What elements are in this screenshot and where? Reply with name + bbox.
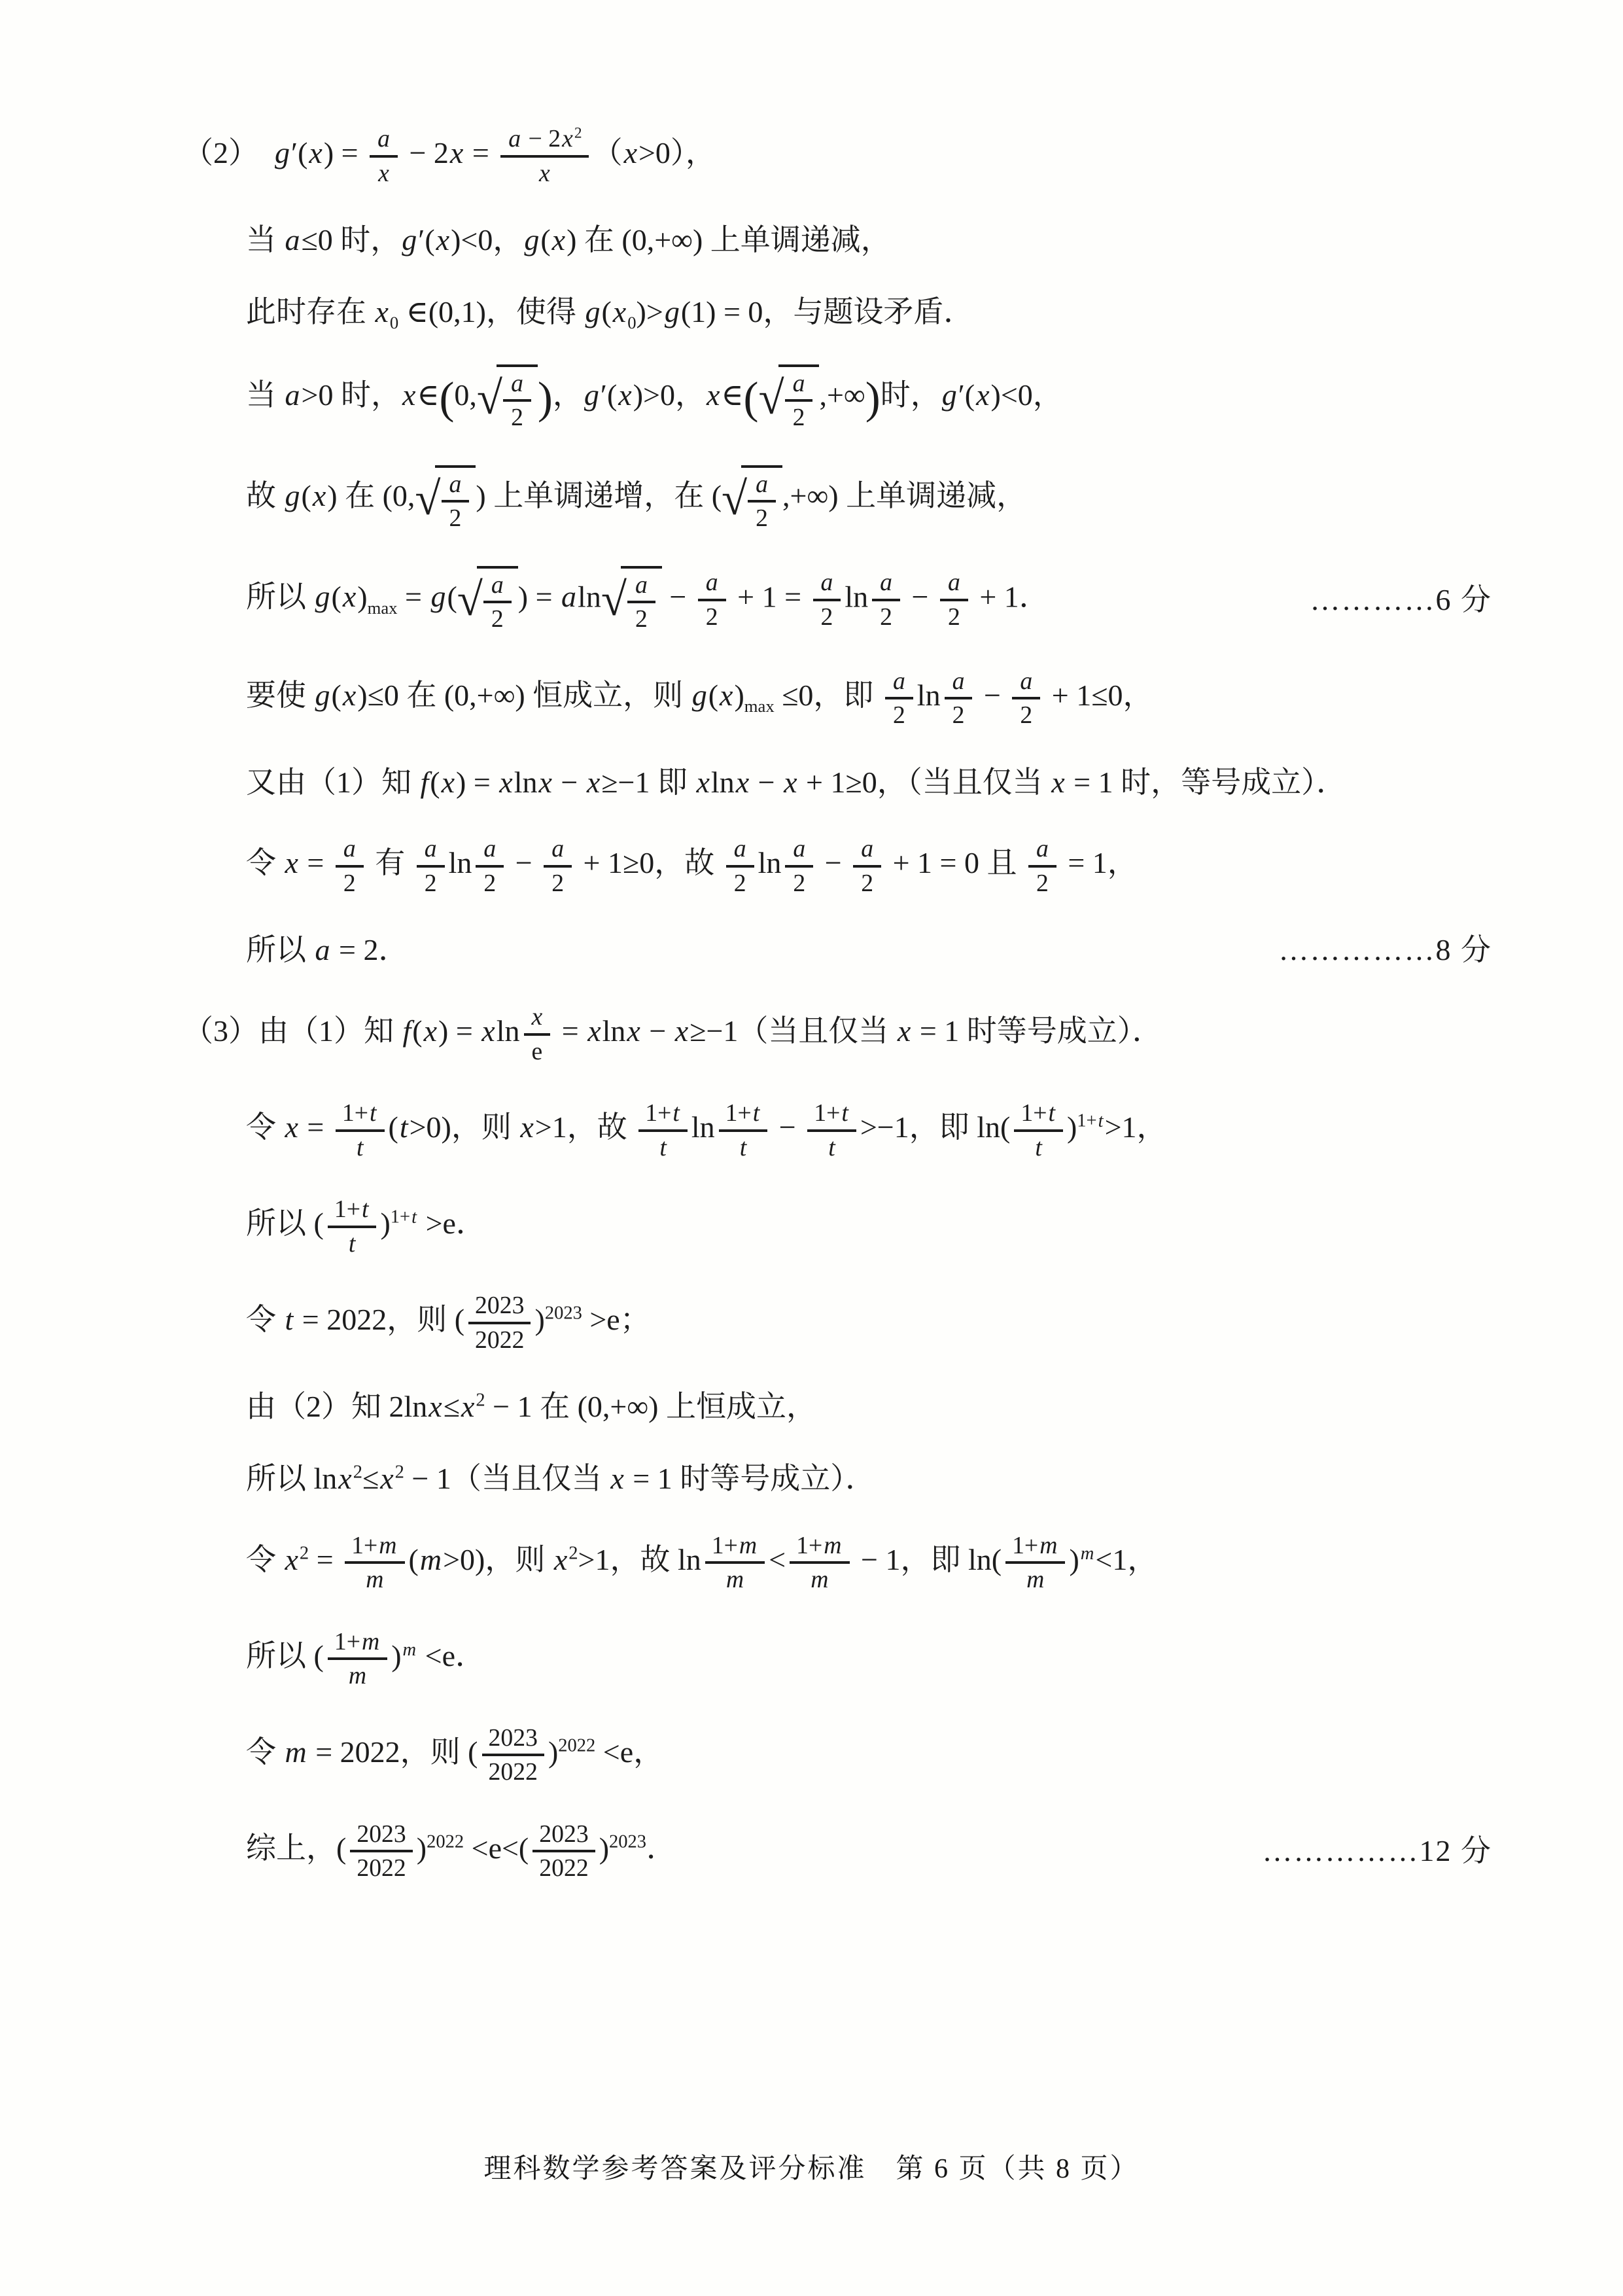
math-expression: 由（2）知 2lnx≤x2 − 1 在 (0,+∞) 上恒成立， (246, 1390, 816, 1423)
answer-line: 令 m = 2022，则 (20232022)2022 <e， (246, 1723, 1492, 1787)
math-expression: 当 a≤0 时，g′(x)<0，g(x) 在 (0,+∞) 上单调递减， (246, 223, 891, 256)
answer-line: （2） g′(x) = ax − 2x = a − 2x2x（x>0）， (183, 124, 1492, 188)
answer-line: 所以 g(x)max = g(√a2) = aln√a2 − a2 + 1 = … (246, 566, 1492, 634)
math-expression: 令 m = 2022，则 (20232022)2022 <e， (246, 1735, 663, 1769)
math-expression: （2） g′(x) = ax − 2x = a − 2x2x（x>0）， (183, 136, 716, 169)
math-expression: 又由（1）知 f(x) = xlnx − x≥−1 即 xlnx − x + 1… (246, 766, 1346, 799)
math-expression: 当 a>0 时，x∈(0,√a2)，g′(x)>0，x∈(√a2,+∞)时，g′… (246, 378, 1063, 412)
math-expression: 所以 (1+tt)1+t >e． (246, 1207, 486, 1240)
math-expression: 所以 lnx2≤x2 − 1（当且仅当 x = 1 时等号成立）． (246, 1462, 875, 1495)
math-expression: 此时存在 x0 ∈(0,1)，使得 g(x0)>g(1) = 0，与题设矛盾． (246, 295, 973, 328)
answer-line: 令 x = a2 有 a2lna2 − a2 + 1≥0，故 a2lna2 − … (246, 834, 1492, 898)
score-marker: …………6 分 (1310, 580, 1493, 620)
answer-line: 令 x2 = 1+mm(m>0)，则 x2>1，故 ln1+mm<1+mm − … (246, 1531, 1492, 1595)
answer-line: 又由（1）知 f(x) = xlnx − x≥−1 即 xlnx − x + 1… (246, 763, 1492, 802)
answer-line: 所以 a = 2．……………8 分 (246, 930, 1492, 970)
answer-line: 当 a≤0 时，g′(x)<0，g(x) 在 (0,+∞) 上单调递减， (246, 221, 1492, 260)
math-expression: （3）由（1）知 f(x) = xlnxe = xlnx − x≥−1（当且仅当… (183, 1014, 1162, 1048)
page-footer: 理科数学参考答案及评分标准 第 6 页（共 8 页） (0, 2147, 1623, 2186)
math-expression: 令 x = 1+tt(t>0)，则 x>1，故 1+ttln1+tt − 1+t… (246, 1110, 1167, 1144)
math-expression: 所以 (1+mm)m <e． (246, 1639, 485, 1672)
math-expression: 综上，(20232022)2022 <e<(20232022)2023． (246, 1820, 676, 1883)
math-expression: 所以 a = 2． (246, 930, 408, 970)
math-expression: 所以 g(x)max = g(√a2) = aln√a2 − a2 + 1 = … (246, 566, 1049, 634)
answer-line: 要使 g(x)≤0 在 (0,+∞) 恒成立，则 g(x)max ≤0，即 a2… (246, 667, 1492, 730)
answer-line: （3）由（1）知 f(x) = xlnxe = xlnx − x≥−1（当且仅当… (183, 1002, 1492, 1066)
answer-line: 所以 (1+tt)1+t >e． (246, 1195, 1492, 1258)
math-expression: 令 x2 = 1+mm(m>0)，则 x2>1，故 ln1+mm<1+mm − … (246, 1543, 1157, 1576)
answer-line: 此时存在 x0 ∈(0,1)，使得 g(x0)>g(1) = 0，与题设矛盾． (246, 292, 1492, 332)
document-page: （2） g′(x) = ax − 2x = a − 2x2x（x>0）， 当 a… (0, 0, 1623, 2296)
answer-line: 故 g(x) 在 (0,√a2) 上单调递增，在 (√a2,+∞) 上单调递减， (246, 465, 1492, 533)
answer-line: 综上，(20232022)2022 <e<(20232022)2023．…………… (246, 1820, 1492, 1883)
answer-line: 当 a>0 时，x∈(0,√a2)，g′(x)>0，x∈(√a2,+∞)时，g′… (246, 364, 1492, 433)
math-expression: 令 x = a2 有 a2lna2 − a2 + 1≥0，故 a2lna2 − … (246, 846, 1138, 879)
math-expression: 要使 g(x)≤0 在 (0,+∞) 恒成立，则 g(x)max ≤0，即 a2… (246, 679, 1153, 712)
answer-line: 令 t = 2022，则 (20232022)2023 >e； (246, 1291, 1492, 1354)
score-marker: ……………12 分 (1263, 1831, 1493, 1871)
answer-content: （2） g′(x) = ax − 2x = a − 2x2x（x>0）， 当 a… (0, 0, 1623, 1883)
score-marker: ……………8 分 (1279, 930, 1493, 970)
math-expression: 故 g(x) 在 (0,√a2) 上单调递增，在 (√a2,+∞) 上单调递减， (246, 479, 1026, 512)
math-expression: 令 t = 2022，则 (20232022)2023 >e； (246, 1303, 650, 1336)
answer-line: 所以 (1+mm)m <e． (246, 1627, 1492, 1691)
answer-line: 由（2）知 2lnx≤x2 − 1 在 (0,+∞) 上恒成立， (246, 1387, 1492, 1426)
answer-line: 所以 lnx2≤x2 − 1（当且仅当 x = 1 时等号成立）． (246, 1459, 1492, 1498)
answer-line: 令 x = 1+tt(t>0)，则 x>1，故 1+ttln1+tt − 1+t… (246, 1099, 1492, 1162)
